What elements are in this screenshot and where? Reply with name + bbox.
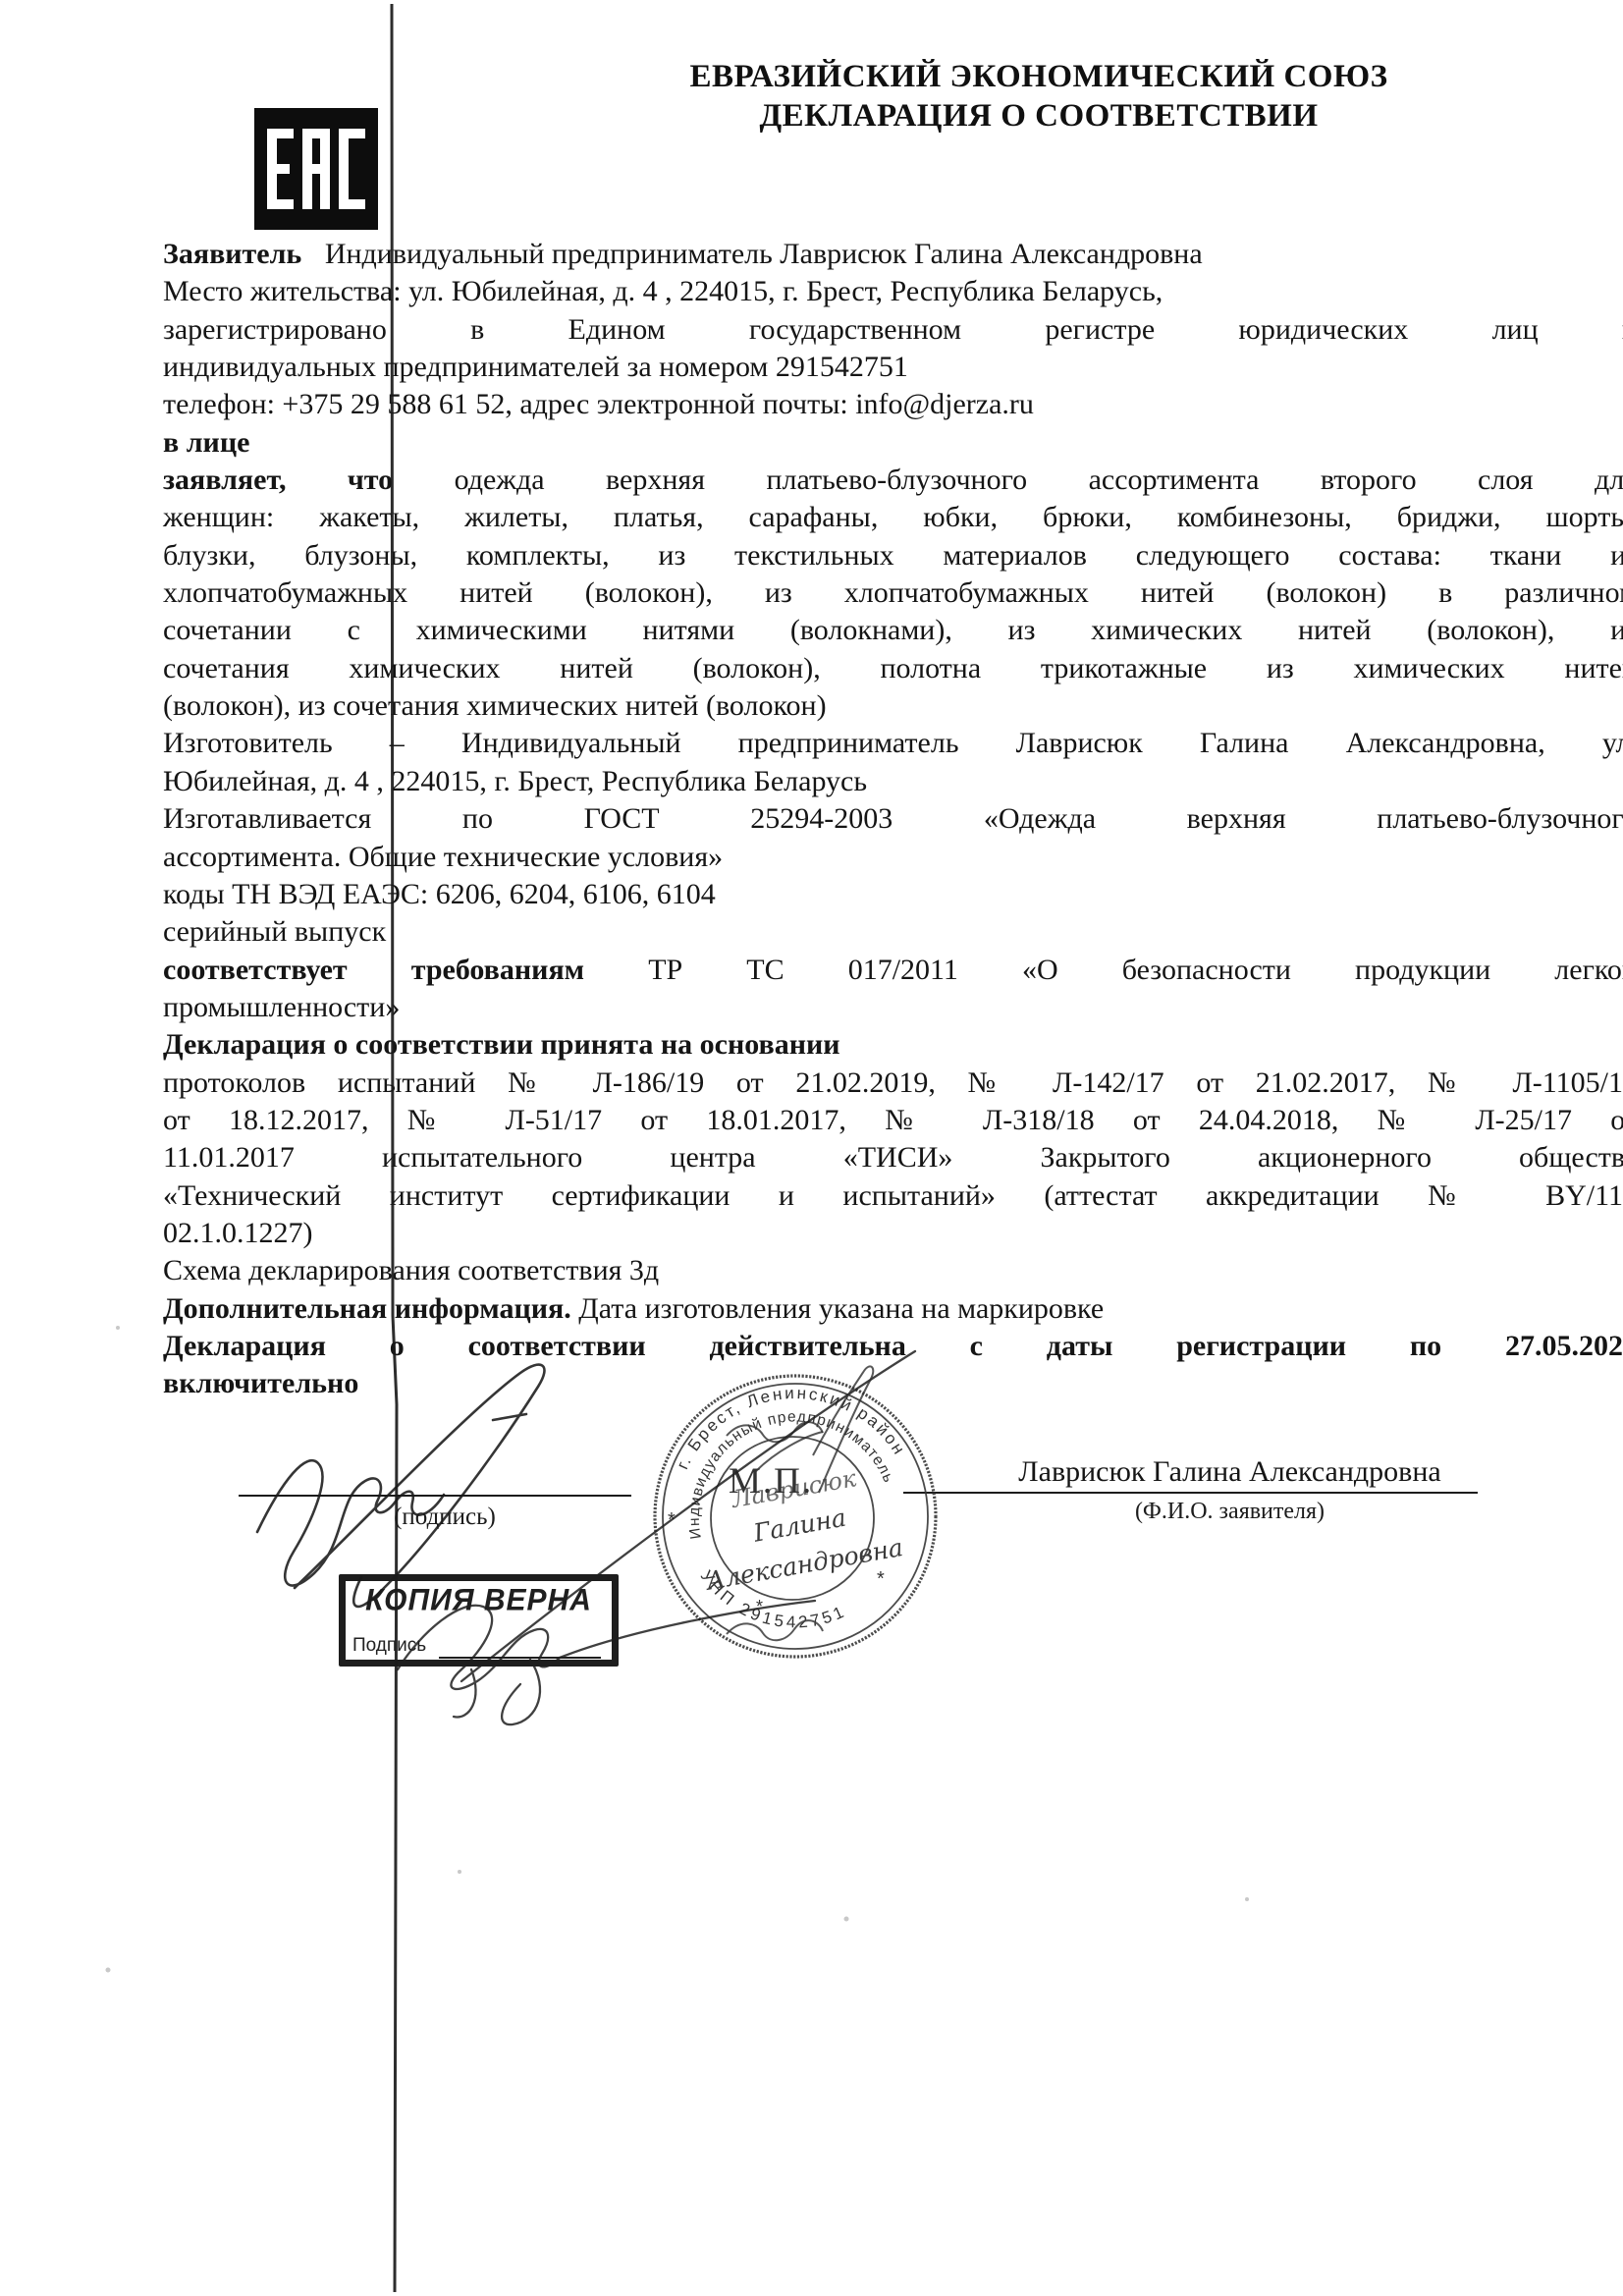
scan-fold-line xyxy=(392,4,397,2292)
declaration-document: ЕВРАЗИЙСКИЙ ЭКОНОМИЧЕСКИЙ СОЮЗ ДЕКЛАРАЦИ… xyxy=(0,0,1623,2296)
handwritten-signature-copy xyxy=(398,1351,915,1724)
stamp-signature-curl xyxy=(756,1366,873,1493)
handwriting-overlay xyxy=(0,0,1623,2296)
scan-noise xyxy=(106,1118,1250,1972)
handwritten-signature-left xyxy=(257,1365,544,1607)
